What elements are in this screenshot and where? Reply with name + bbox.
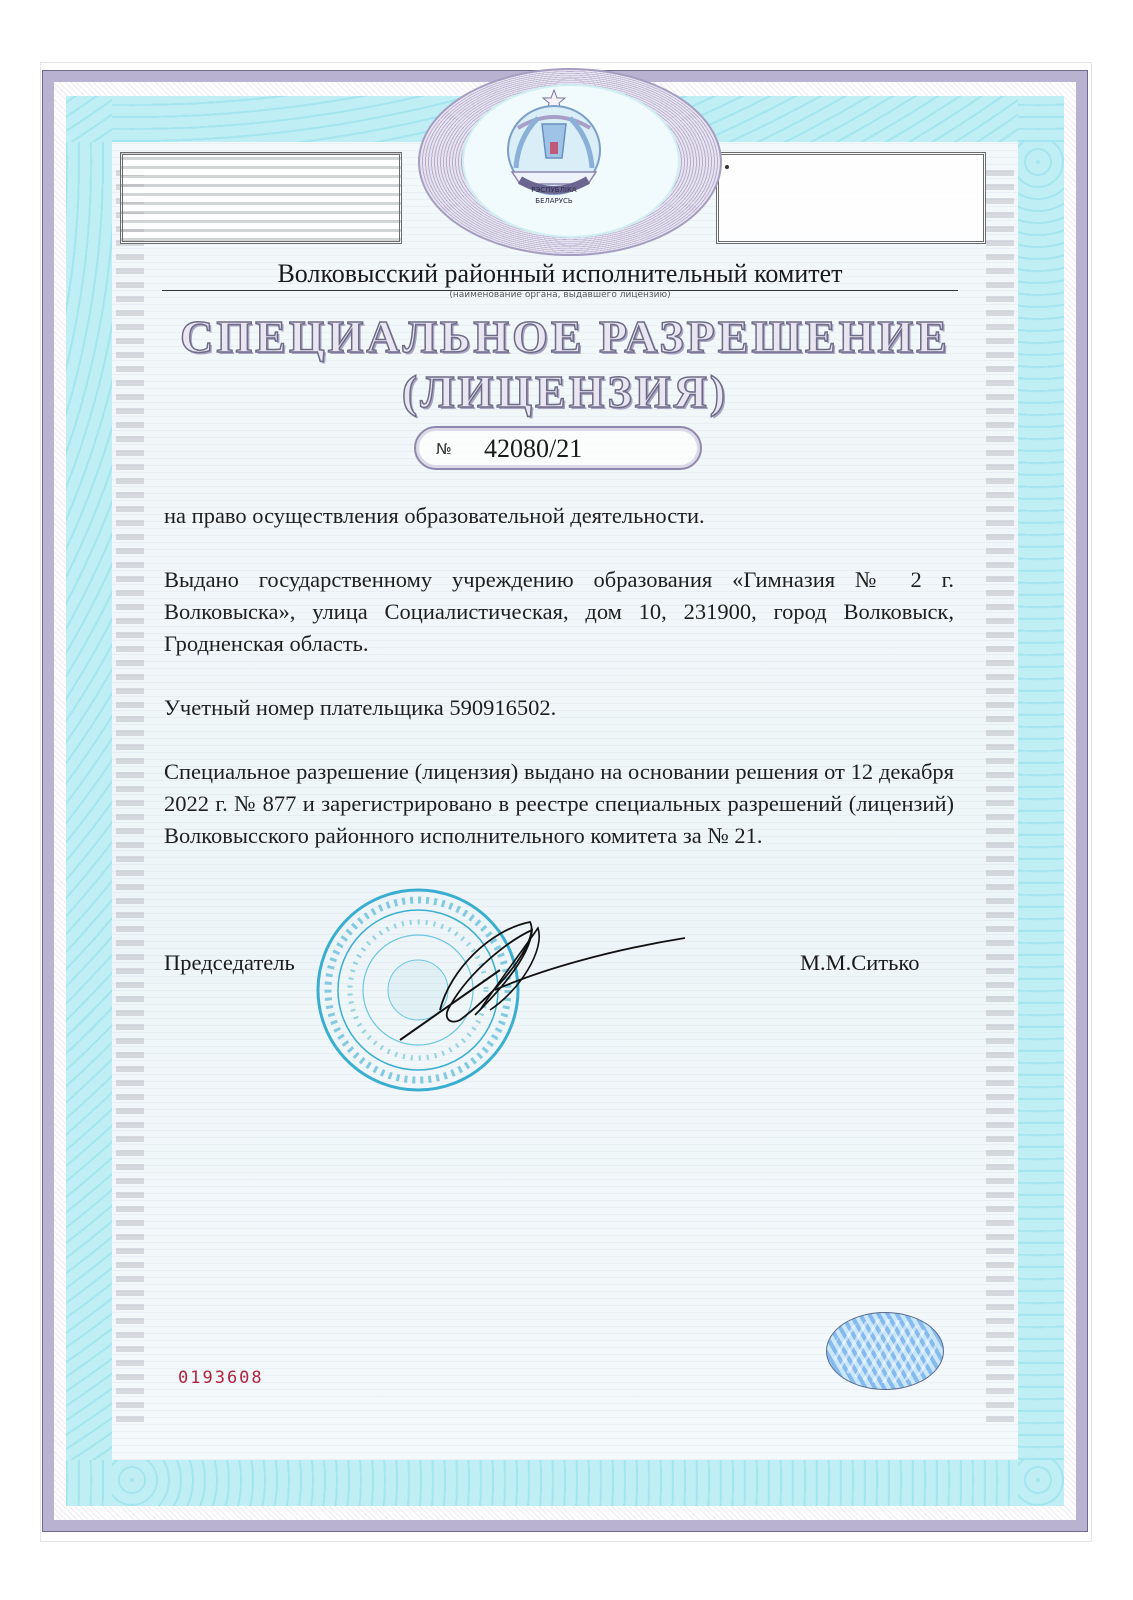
blank-box-left xyxy=(120,152,402,244)
state-emblem-icon: РЭСПУБЛІКА БЕЛАРУСЬ xyxy=(498,88,610,212)
svg-text:БЕЛАРУСЬ: БЕЛАРУСЬ xyxy=(535,197,573,205)
serial-number: 0193608 xyxy=(178,1368,264,1388)
signatory-name: М.М.Ситько xyxy=(800,950,919,976)
taxpayer-number-paragraph: Учетный номер плательщика 590916502. xyxy=(164,692,954,724)
issued-to-paragraph: Выдано государственному учреждению образ… xyxy=(164,564,954,660)
blank-box-right xyxy=(716,152,986,244)
security-strip-right xyxy=(986,170,1014,1430)
handwritten-signature xyxy=(380,910,700,1050)
activity-paragraph: на право осуществления образовательной д… xyxy=(164,500,954,532)
basis-paragraph: Специальное разрешение (лицензия) выдано… xyxy=(164,756,954,852)
issuer-name: Волковысский районный исполнительный ком… xyxy=(162,258,958,291)
signatory-title: Председатель xyxy=(164,950,295,976)
number-sign: № xyxy=(436,440,452,458)
license-number-box: № 42080/21 xyxy=(414,426,702,470)
svg-text:РЭСПУБЛІКА: РЭСПУБЛІКА xyxy=(531,186,577,194)
dot-mark xyxy=(725,165,729,169)
document-subtitle: (лицензия) xyxy=(140,365,990,418)
document-title: Специальное разрешение xyxy=(140,310,990,363)
license-number: 42080/21 xyxy=(484,434,582,464)
hologram-sticker-icon xyxy=(826,1312,944,1390)
issuer-caption: (наименование органа, выдавшего лицензию… xyxy=(162,290,958,300)
